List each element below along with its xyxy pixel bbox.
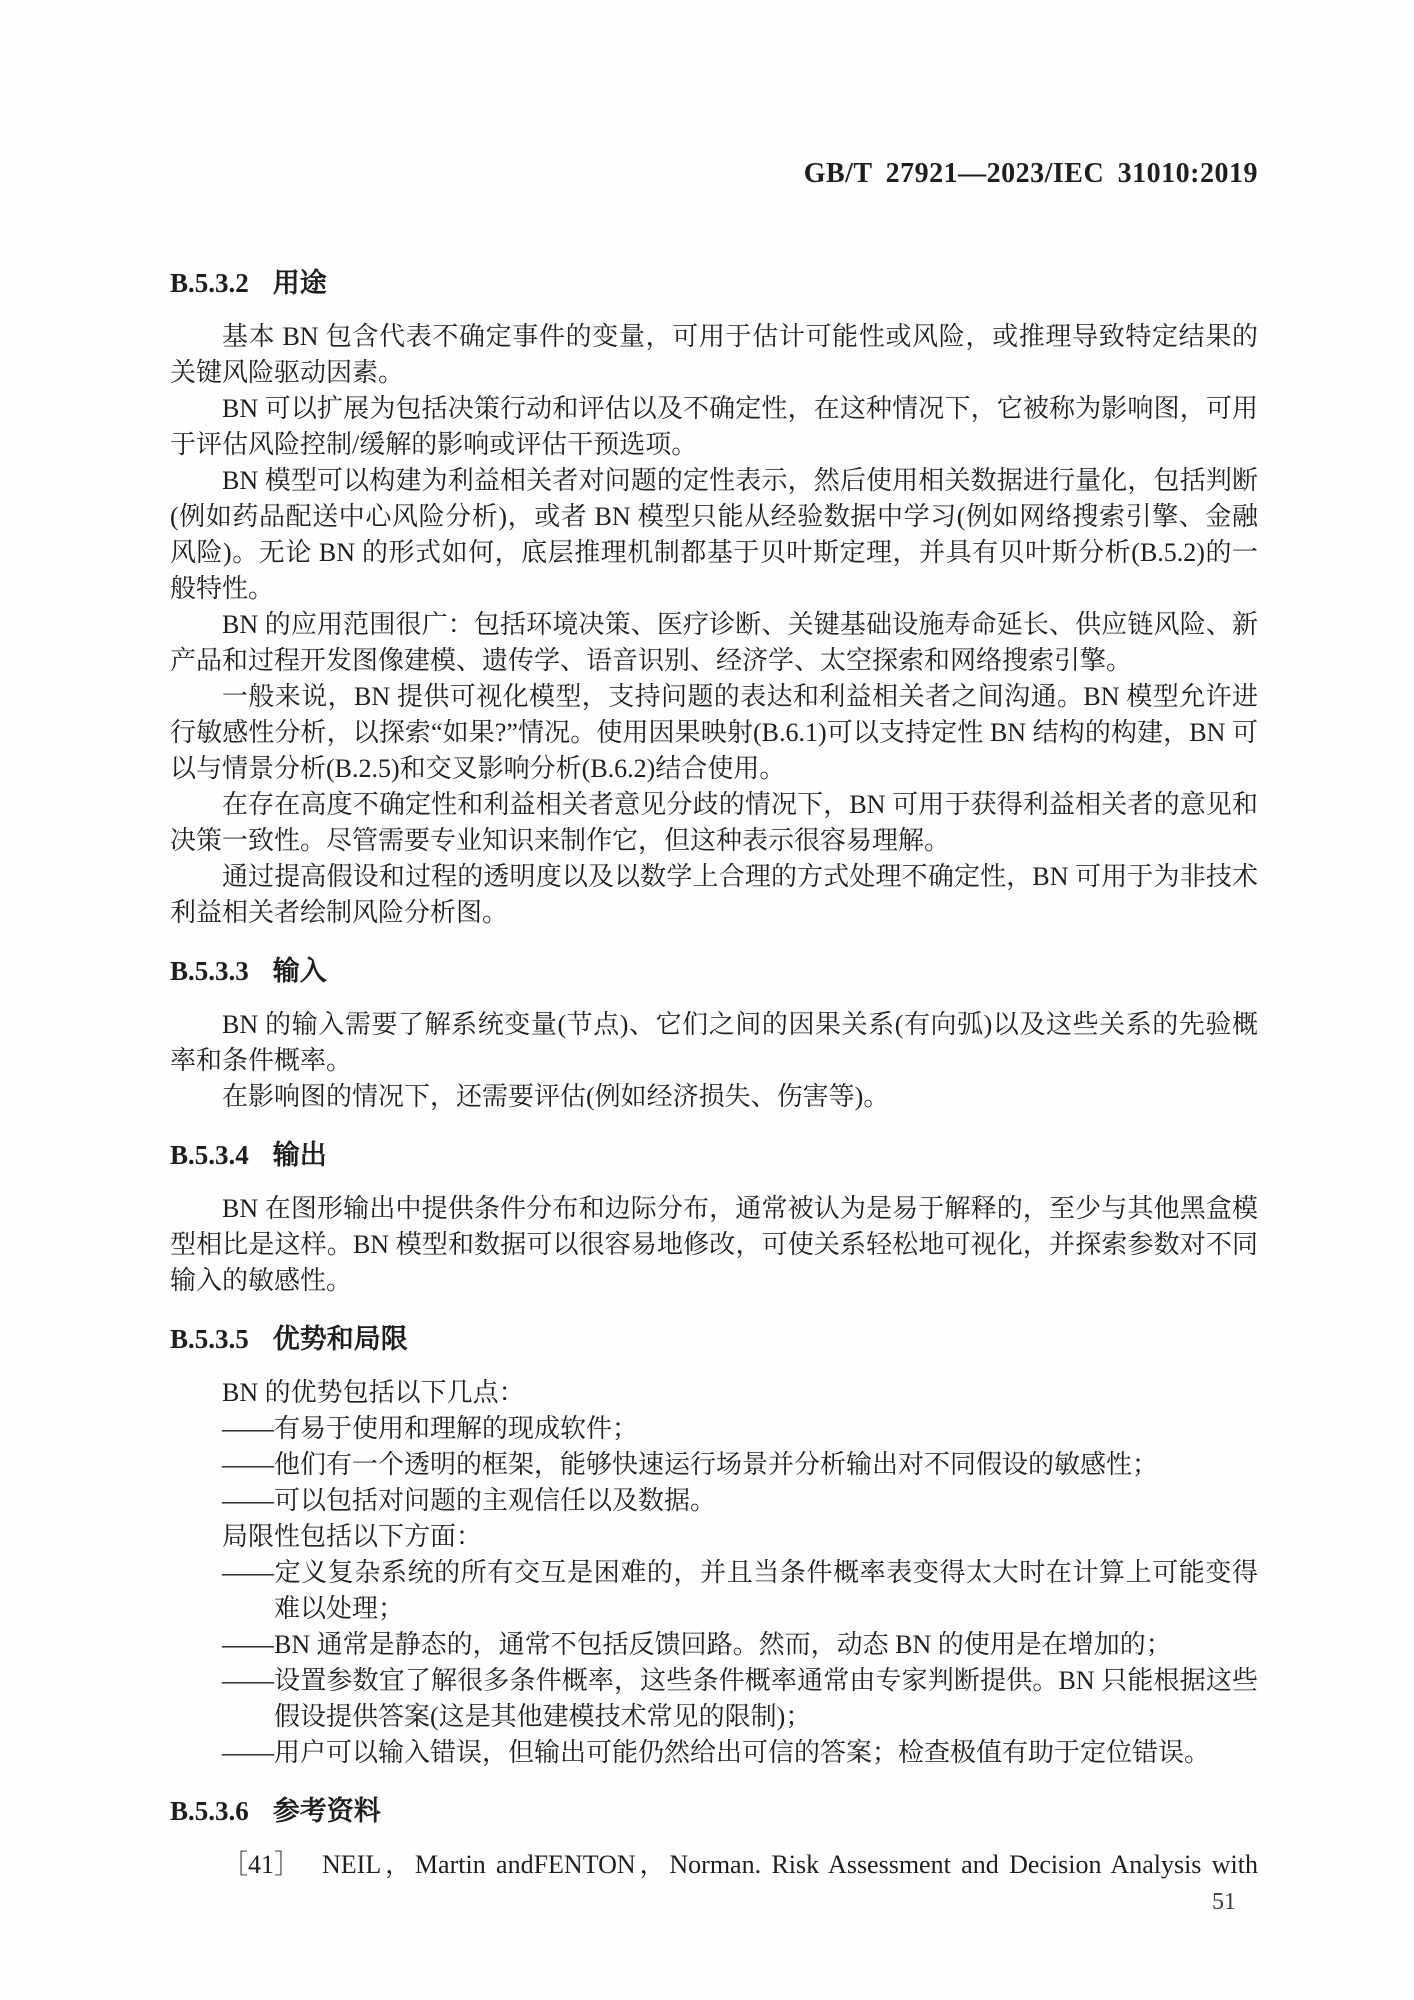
- reference-entry: ［41］ NEIL，Martin andFENTON，Norman. Risk …: [170, 1847, 1258, 1883]
- dash-list-item: ——有易于使用和理解的现成软件；: [170, 1411, 1258, 1447]
- section-heading-b-5-3-2: B.5.3.2用途: [170, 265, 1258, 301]
- paragraph: 通过提高假设和过程的透明度以及以数学上合理的方式处理不确定性，BN 可用于为非技…: [170, 859, 1258, 931]
- section-number: B.5.3.6: [170, 1796, 249, 1826]
- paragraph: 局限性包括以下方面：: [170, 1519, 1258, 1555]
- section-number: B.5.3.2: [170, 268, 249, 298]
- paragraph: 在影响图的情况下，还需要评估(例如经济损失、伤害等)。: [170, 1079, 1258, 1115]
- paragraph: BN 模型可以构建为利益相关者对问题的定性表示，然后使用相关数据进行量化，包括判…: [170, 463, 1258, 607]
- section-heading-b-5-3-6: B.5.3.6参考资料: [170, 1793, 1258, 1829]
- section-heading-b-5-3-4: B.5.3.4输出: [170, 1137, 1258, 1173]
- paragraph: BN 可以扩展为包括决策行动和评估以及不确定性，在这种情况下，它被称为影响图，可…: [170, 391, 1258, 463]
- paragraph: BN 的优势包括以下几点：: [170, 1375, 1258, 1411]
- dash-list-item: ——他们有一个透明的框架，能够快速运行场景并分析输出对不同假设的敏感性；: [170, 1447, 1258, 1483]
- document-body: B.5.3.2用途 基本 BN 包含代表不确定事件的变量，可用于估计可能性或风险…: [170, 265, 1258, 1883]
- paragraph: BN 的应用范围很广：包括环境决策、医疗诊断、关键基础设施寿命延长、供应链风险、…: [170, 607, 1258, 679]
- reference-number: ［41］: [222, 1847, 300, 1883]
- standard-code: GB/T 27921—2023/IEC 31010:2019: [804, 158, 1258, 189]
- dash-list-item: ——设置参数宜了解很多条件概率，这些条件概率通常由专家判断提供。BN 只能根据这…: [170, 1663, 1258, 1735]
- page-footer: 51: [170, 1887, 1258, 1917]
- section-title: 优势和局限: [273, 1324, 408, 1354]
- dash-list-item: ——定义复杂系统的所有交互是困难的，并且当条件概率表变得太大时在计算上可能变得难…: [170, 1555, 1258, 1627]
- section-number: B.5.3.3: [170, 956, 249, 986]
- dash-list-item: ——可以包括对问题的主观信任以及数据。: [170, 1483, 1258, 1519]
- dash-list-item: ——用户可以输入错误，但输出可能仍然给出可信的答案；检查极值有助于定位错误。: [170, 1735, 1258, 1771]
- section-heading-b-5-3-3: B.5.3.3输入: [170, 953, 1258, 989]
- section-title: 参考资料: [273, 1796, 381, 1826]
- paragraph: BN 在图形输出中提供条件分布和边际分布，通常被认为是易于解释的，至少与其他黑盒…: [170, 1191, 1258, 1299]
- document-page: GB/T 27921—2023/IEC 31010:2019 B.5.3.2用途…: [0, 0, 1414, 2000]
- page-header: GB/T 27921—2023/IEC 31010:2019: [170, 156, 1258, 192]
- section-number: B.5.3.4: [170, 1140, 249, 1170]
- page-number: 51: [170, 1887, 1258, 1917]
- section-heading-b-5-3-5: B.5.3.5优势和局限: [170, 1321, 1258, 1357]
- section-number: B.5.3.5: [170, 1324, 249, 1354]
- section-title: 用途: [273, 268, 327, 298]
- reference-text: NEIL，Martin andFENTON，Norman. Risk Asses…: [322, 1847, 1258, 1883]
- paragraph: 基本 BN 包含代表不确定事件的变量，可用于估计可能性或风险，或推理导致特定结果…: [170, 319, 1258, 391]
- dash-list-item: ——BN 通常是静态的，通常不包括反馈回路。然而，动态 BN 的使用是在增加的；: [170, 1627, 1258, 1663]
- paragraph: 在存在高度不确定性和利益相关者意见分歧的情况下，BN 可用于获得利益相关者的意见…: [170, 787, 1258, 859]
- paragraph: 一般来说，BN 提供可视化模型，支持问题的表达和利益相关者之间沟通。BN 模型允…: [170, 679, 1258, 787]
- paragraph: BN 的输入需要了解系统变量(节点)、它们之间的因果关系(有向弧)以及这些关系的…: [170, 1007, 1258, 1079]
- section-title: 输入: [273, 956, 327, 986]
- section-title: 输出: [273, 1140, 327, 1170]
